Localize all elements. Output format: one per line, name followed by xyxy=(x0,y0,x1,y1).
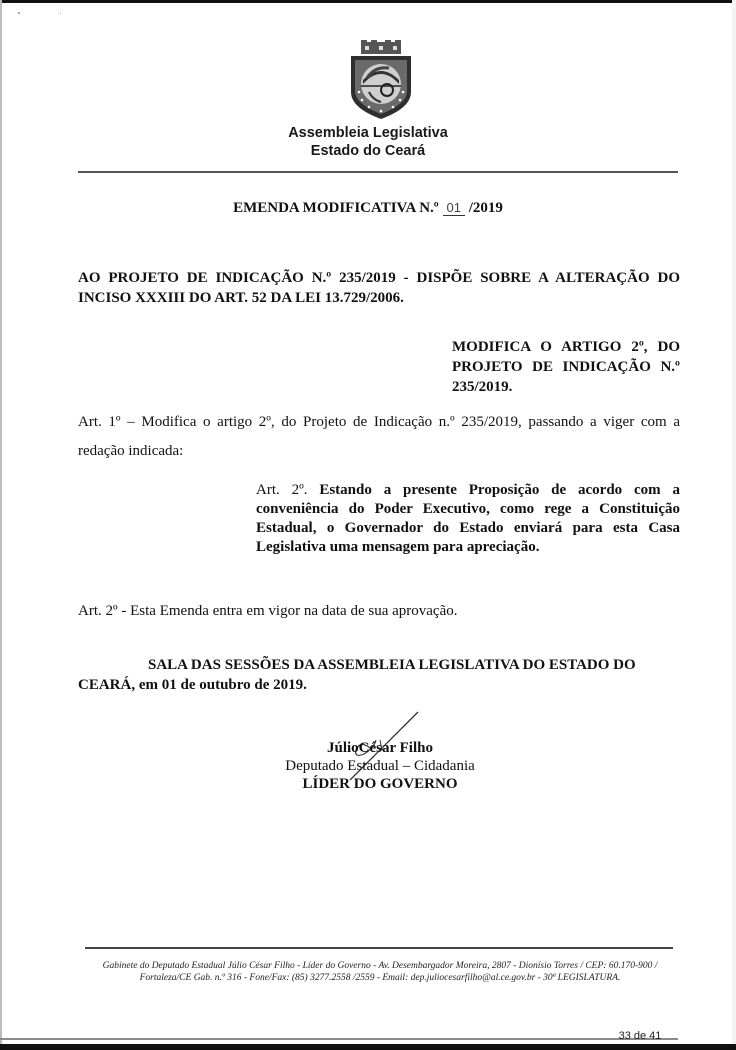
closing-line-1: SALA DAS SESSÕES DA ASSEMBLEIA LEGISLATI… xyxy=(148,655,688,675)
summary-line-2: PROJETO DE INDICAÇÃO N.º xyxy=(452,357,680,377)
article-1-line-1: Art. 1º – Modifica o artigo 2º, do Proje… xyxy=(78,408,680,437)
summary-line-1: MODIFICA O ARTIGO 2º, DO xyxy=(452,337,680,357)
page-indicator-rule xyxy=(0,1038,678,1040)
quoted-article-label: Art. 2º. xyxy=(256,482,308,498)
page-indicator: 33 de 41 xyxy=(612,1030,668,1042)
signatory-position: LÍDER DO GOVERNO xyxy=(240,775,520,794)
quoted-article-text: Estando a presente Proposição de acordo … xyxy=(256,482,680,555)
scan-speck xyxy=(60,13,61,14)
bottom-border xyxy=(0,1044,736,1050)
title-prefix: EMENDA MODIFICATIVA N.º xyxy=(233,200,439,216)
quoted-article-2: Art. 2º. Estando a presente Proposição d… xyxy=(256,481,680,557)
signatory-role: Deputado Estadual – Cidadania xyxy=(240,757,520,776)
footer-divider xyxy=(85,947,673,949)
subject-line-1: AO PROJETO DE INDICAÇÃO N.º 235/2019 - D… xyxy=(78,268,680,288)
subject-line-2: INCISO XXXIII DO ART. 52 DA LEI 13.729/2… xyxy=(78,288,680,308)
amendment-number: 01 xyxy=(443,200,465,216)
summary-line-3: 235/2019. xyxy=(452,377,680,397)
closing-line-2: CEARÁ, em 01 de outubro de 2019. xyxy=(78,675,618,695)
top-border xyxy=(0,0,736,3)
institution-name: Assembleia Legislativa xyxy=(0,125,736,141)
footer-line-2: Fortaleza/CE Gab. n.º 316 - Fone/Fax: (8… xyxy=(70,972,690,984)
scan-speck xyxy=(18,12,20,14)
state-name: Estado do Ceará xyxy=(0,143,736,159)
footer-line-1: Gabinete do Deputado Estadual Júlio Césa… xyxy=(70,960,690,972)
header-divider xyxy=(78,171,678,173)
title-suffix: /2019 xyxy=(469,200,503,216)
signatory-name: JúlioCésar Filho xyxy=(240,739,520,758)
article-2: Art. 2º - Esta Emenda entra em vigor na … xyxy=(78,597,680,626)
document-title: EMENDA MODIFICATIVA N.º01/2019 xyxy=(0,200,736,217)
ceara-coat-of-arms-icon xyxy=(345,40,417,120)
article-1-line-2: redação indicada: xyxy=(78,437,680,466)
